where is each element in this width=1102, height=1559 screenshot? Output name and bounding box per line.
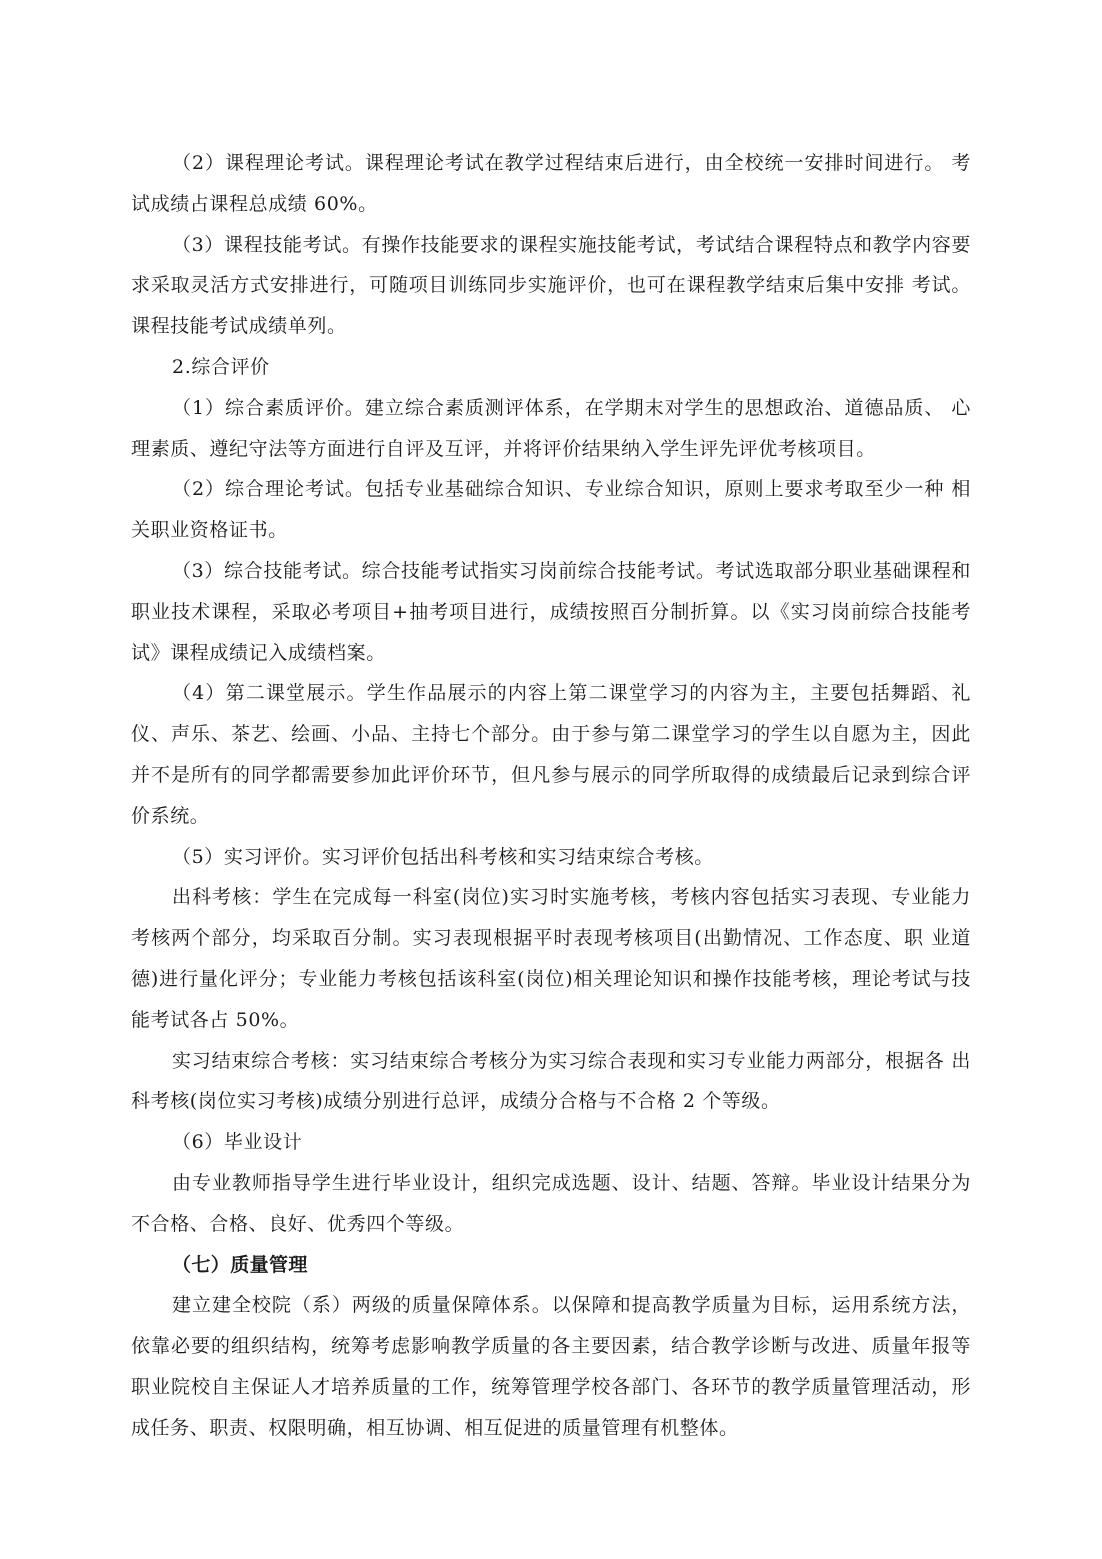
document-page: （2）课程理论考试。课程理论考试在教学过程结束后进行，由全校统一安排时间进行。 … (131, 143, 971, 1449)
paragraph-second-classroom: （4）第二课堂展示。学生作品展示的内容上第二课堂学习的内容为主，主要包括舞蹈、礼… (131, 673, 971, 836)
subheading-graduation-design: （6）毕业设计 (131, 1122, 971, 1163)
section-heading-quality-management: （七）质量管理 (131, 1245, 971, 1286)
paragraph-quality-management: 建立建全校院（系）两级的质量保障体系。以保障和提高教学质量为目标，运用系统方法，… (131, 1285, 971, 1448)
paragraph-internship-final-assessment: 实习结束综合考核：实习结束综合考核分为实习综合表现和实习专业能力两部分，根据各 … (131, 1041, 971, 1123)
paragraph-comprehensive-theory-exam: （2）综合理论考试。包括专业基础综合知识、专业综合知识，原则上要求考取至少一种 … (131, 469, 971, 551)
paragraph-course-theory-exam: （2）课程理论考试。课程理论考试在教学过程结束后进行，由全校统一安排时间进行。 … (131, 143, 971, 225)
paragraph-internship-evaluation: （5）实习评价。实习评价包括出科考核和实习结束综合考核。 (131, 837, 971, 878)
paragraph-comprehensive-skill-exam: （3）综合技能考试。综合技能考试指实习岗前综合技能考试。考试选取部分职业基础课程… (131, 551, 971, 673)
paragraph-course-skill-exam: （3）课程技能考试。有操作技能要求的课程实施技能考试，考试结合课程特点和教学内容… (131, 225, 971, 347)
paragraph-comprehensive-quality-evaluation: （1）综合素质评价。建立综合素质测评体系，在学期末对学生的思想政治、道德品质、 … (131, 388, 971, 470)
paragraph-department-assessment: 出科考核：学生在完成每一科室(岗位)实习时实施考核，考核内容包括实习表现、专业能… (131, 877, 971, 1040)
subheading-comprehensive-evaluation: 2.综合评价 (131, 347, 971, 388)
paragraph-graduation-design: 由专业教师指导学生进行毕业设计，组织完成选题、设计、结题、答辩。毕业设计结果分为… (131, 1163, 971, 1245)
